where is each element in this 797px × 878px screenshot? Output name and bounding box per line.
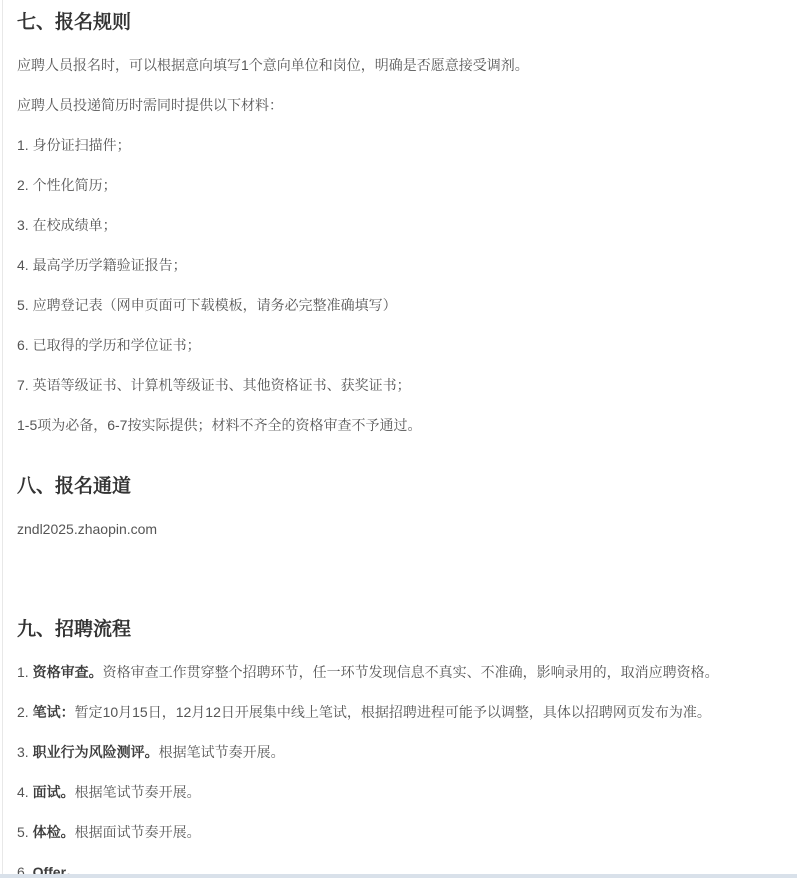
process-step-5: 5. 体检。根据面试节奏开展。 bbox=[17, 823, 787, 842]
material-item-1: 1. 身份证扫描件； bbox=[17, 136, 787, 155]
step-text: 暂定10月15日，12月12日开展集中线上笔试，根据招聘进程可能予以调整，具体以… bbox=[75, 704, 711, 720]
material-item-6: 6. 已取得的学历和学位证书； bbox=[17, 336, 787, 355]
section7-intro-2: 应聘人员投递简历时需同时提供以下材料： bbox=[17, 96, 787, 115]
process-step-2: 2. 笔试：暂定10月15日，12月12日开展集中线上笔试，根据招聘进程可能予以… bbox=[17, 703, 787, 722]
section7-intro-1: 应聘人员报名时，可以根据意向填写1个意向单位和岗位，明确是否愿意接受调剂。 bbox=[17, 56, 787, 75]
step-label: 笔试： bbox=[33, 704, 75, 720]
material-item-4: 4. 最高学历学籍验证报告； bbox=[17, 256, 787, 275]
material-item-7: 7. 英语等级证书、计算机等级证书、其他资格证书、获奖证书； bbox=[17, 376, 787, 395]
process-step-4: 4. 面试。根据笔试节奏开展。 bbox=[17, 783, 787, 802]
step-label: 职业行为风险测评。 bbox=[33, 744, 159, 760]
step-text: 根据笔试节奏开展。 bbox=[159, 744, 285, 760]
material-item-5: 5. 应聘登记表（网申页面可下载模板，请务必完整准确填写） bbox=[17, 296, 787, 315]
step-text: 根据面试节奏开展。 bbox=[75, 824, 201, 840]
bottom-divider-strip bbox=[0, 874, 797, 878]
announcement-body: 七、报名规则 应聘人员报名时，可以根据意向填写1个意向单位和岗位，明确是否愿意接… bbox=[0, 10, 797, 878]
section7-note: 1-5项为必备，6-7按实际提供；材料不齐全的资格审查不予通过。 bbox=[17, 416, 787, 435]
process-step-1: 1. 资格审查。资格审查工作贯穿整个招聘环节，任一环节发现信息不真实、不准确，影… bbox=[17, 663, 787, 682]
step-text: 根据笔试节奏开展。 bbox=[75, 784, 201, 800]
process-step-3: 3. 职业行为风险测评。根据笔试节奏开展。 bbox=[17, 743, 787, 762]
section7-heading: 七、报名规则 bbox=[17, 10, 787, 35]
step-number: 4. bbox=[17, 784, 33, 800]
material-item-3: 3. 在校成绩单； bbox=[17, 216, 787, 235]
section9-heading: 九、招聘流程 bbox=[17, 617, 787, 642]
step-number: 2. bbox=[17, 704, 33, 720]
registration-url: zndl2025.zhaopin.com bbox=[17, 520, 787, 539]
step-number: 1. bbox=[17, 664, 33, 680]
section8-heading: 八、报名通道 bbox=[17, 474, 787, 499]
step-number: 3. bbox=[17, 744, 33, 760]
step-label: 体检。 bbox=[33, 824, 75, 840]
step-label: 资格审查。 bbox=[33, 664, 103, 680]
step-label: 面试。 bbox=[33, 784, 75, 800]
material-item-2: 2. 个性化简历； bbox=[17, 176, 787, 195]
step-number: 5. bbox=[17, 824, 33, 840]
step-text: 资格审查工作贯穿整个招聘环节，任一环节发现信息不真实、不准确，影响录用的，取消应… bbox=[103, 664, 719, 680]
